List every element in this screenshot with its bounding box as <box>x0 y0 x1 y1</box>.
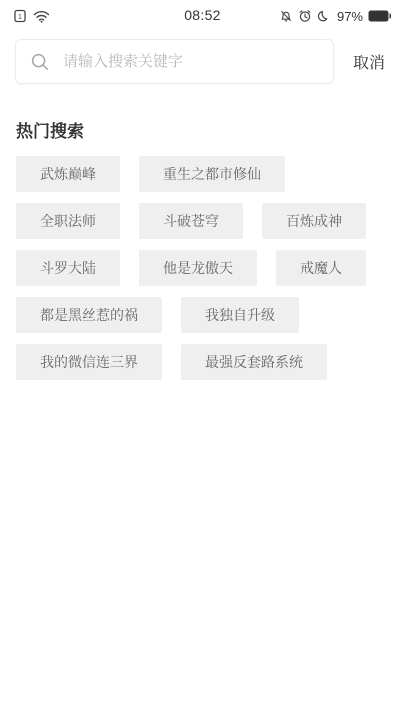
hot-search-tag[interactable]: 斗罗大陆 <box>16 250 120 286</box>
cancel-button[interactable]: 取消 <box>353 50 385 73</box>
sim-card-icon: 1 <box>14 9 27 23</box>
status-bar-right: 97% <box>279 9 391 24</box>
status-bar-left: 1 <box>14 9 50 23</box>
hot-search-tag[interactable]: 武炼巅峰 <box>16 156 120 192</box>
hot-search-tag[interactable]: 重生之都市修仙 <box>139 156 285 192</box>
wifi-icon <box>33 10 50 23</box>
hot-search-tags: 武炼巅峰重生之都市修仙全职法师斗破苍穹百炼成神斗罗大陆他是龙傲天戒魔人都是黑丝惹… <box>16 156 390 380</box>
hot-search-tag[interactable]: 都是黑丝惹的祸 <box>16 297 162 333</box>
alarm-icon <box>298 9 312 23</box>
hot-search-tag[interactable]: 全职法师 <box>16 203 120 239</box>
hot-search-tag[interactable]: 我独自升级 <box>181 297 299 333</box>
search-input[interactable] <box>61 52 321 71</box>
search-icon <box>30 52 50 72</box>
search-row: 取消 <box>15 39 390 84</box>
hot-search-tag[interactable]: 我的微信连三界 <box>16 344 162 380</box>
hot-search-title: 热门搜索 <box>16 117 390 142</box>
battery-percent: 97% <box>337 9 363 24</box>
night-mode-icon <box>317 10 330 23</box>
status-bar: 1 08:52 <box>0 0 405 30</box>
hot-search-tag[interactable]: 戒魔人 <box>276 250 366 286</box>
svg-text:1: 1 <box>18 14 22 21</box>
hot-search-tag[interactable]: 他是龙傲天 <box>139 250 257 286</box>
hot-search-tag[interactable]: 斗破苍穹 <box>139 203 243 239</box>
battery-icon <box>368 10 391 22</box>
search-box[interactable] <box>15 39 334 84</box>
notifications-off-icon <box>279 9 293 23</box>
hot-search-tag[interactable]: 百炼成神 <box>262 203 366 239</box>
hot-search-tag[interactable]: 最强反套路系统 <box>181 344 327 380</box>
